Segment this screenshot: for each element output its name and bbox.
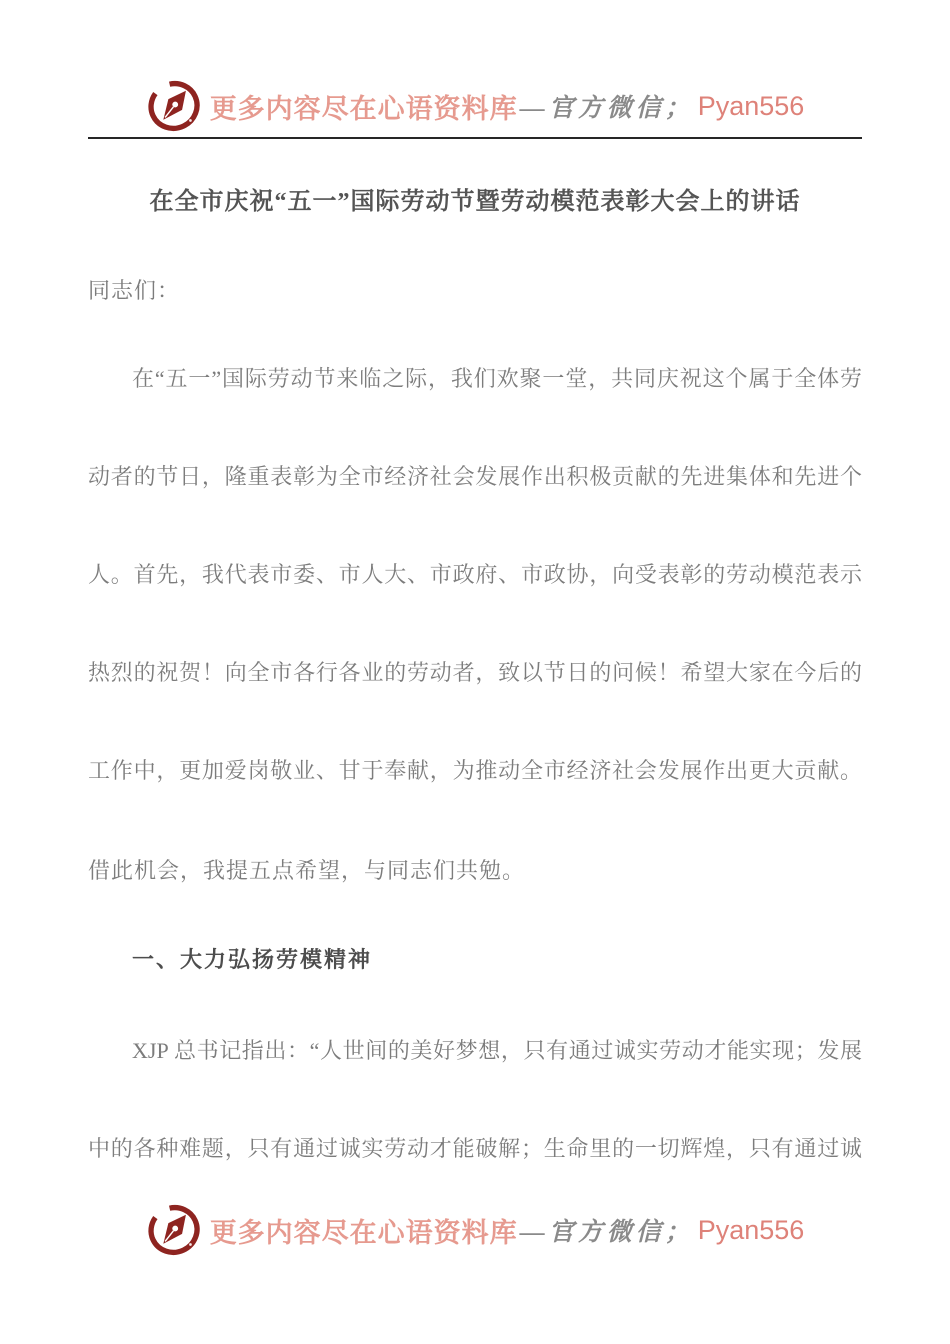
text-line: 工作中，更加爱岗敬业、甘于奉献，为推动全市经济社会发展作出更大贡献。: [88, 757, 862, 784]
footer-wechat-id: Pyan556: [698, 1215, 805, 1246]
section-heading: 一、大力弘扬劳模精神: [88, 946, 862, 973]
header-banner: 更多内容尽在心语资料库 —官方微信； Pyan556: [0, 76, 950, 136]
document-page: 更多内容尽在心语资料库 —官方微信； Pyan556 在全市庆祝“五一”国际劳动…: [0, 0, 950, 1344]
text-line: 借此机会，我提五点希望，与同志们共勉。: [88, 857, 862, 884]
text-line: 中的各种难题，只有通过诚实劳动才能破解；生命里的一切辉煌，只有通过诚: [88, 1135, 862, 1162]
footer-wechat-label: —官方微信；: [520, 1212, 694, 1248]
header-wechat-label: —官方微信；: [520, 88, 694, 124]
header-wechat-id: Pyan556: [698, 91, 805, 122]
header-brand-text: 更多内容尽在心语资料库: [210, 87, 518, 126]
text-line: 在“五一”国际劳动节来临之际，我们欢聚一堂，共同庆祝这个属于全体劳: [88, 365, 862, 392]
footer-brand-text: 更多内容尽在心语资料库: [210, 1211, 518, 1250]
text-line: XJP 总书记指出：“人世间的美好梦想，只有通过诚实劳动才能实现；发展: [88, 1037, 862, 1064]
pen-nib-logo-icon: [146, 1202, 204, 1258]
text-line: 同志们：: [88, 277, 862, 304]
document-title: 在全市庆祝“五一”国际劳动节暨劳动模范表彰大会上的讲话: [88, 181, 862, 216]
text-line: 人。首先，我代表市委、市人大、市政府、市政协，向受表彰的劳动模范表示: [88, 561, 862, 588]
footer-banner: 更多内容尽在心语资料库 —官方微信； Pyan556: [0, 1200, 950, 1260]
pen-nib-logo-icon: [146, 78, 204, 134]
text-line: 热烈的祝贺！向全市各行各业的劳动者，致以节日的问候！希望大家在今后的: [88, 659, 862, 686]
text-line: 动者的节日，隆重表彰为全市经济社会发展作出积极贡献的先进集体和先进个: [88, 463, 862, 490]
header-divider-line: [88, 137, 862, 139]
